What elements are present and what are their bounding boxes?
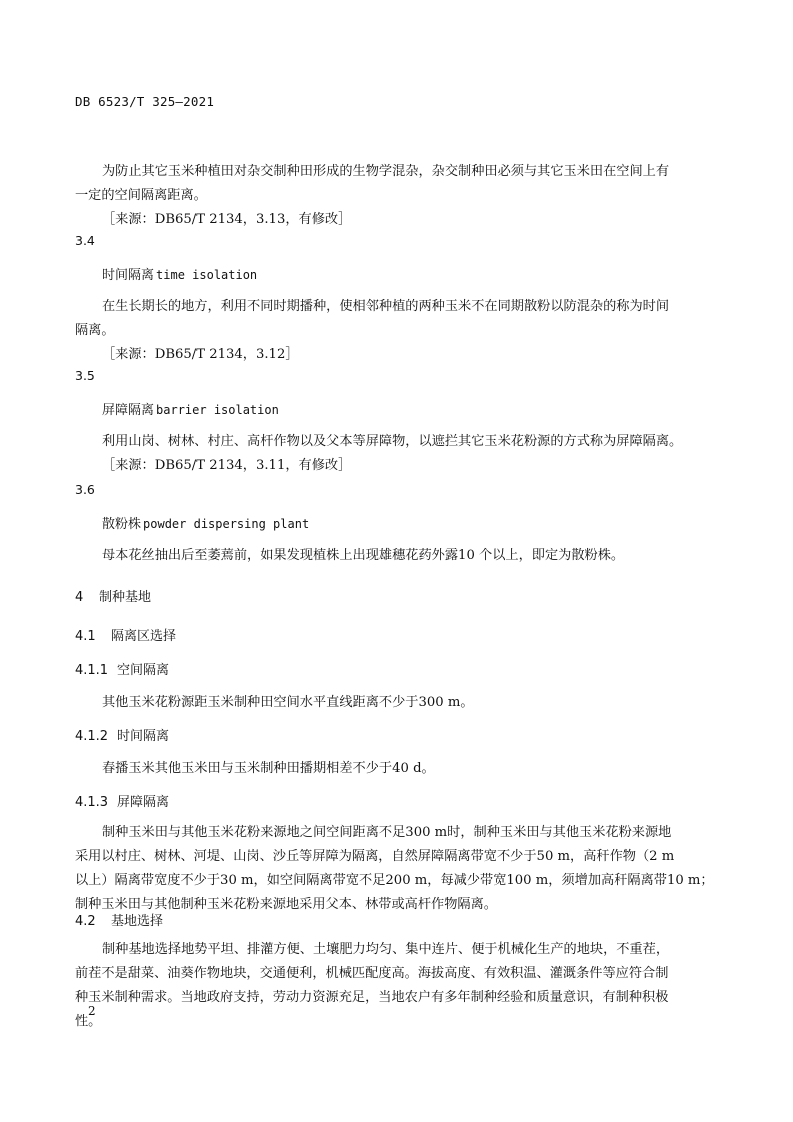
term-barrier-isolation: 屏障隔离barrier isolation [75,398,750,423]
text-line: 在生长期长的地方，利用不同时期播种，使相邻种植的两种玉米不在同期散粉以防混杂的称… [75,295,723,319]
term-powder-dispersing-plant: 散粉株powder dispersing plant [75,512,750,537]
source-note: ［来源：DB65/T 2134，3.11，有修改］ [75,454,723,478]
section-title: 制种基地 [99,590,151,605]
term-zh: 散粉株 [102,517,141,532]
section-heading-4-1-1: 4.1.1空间隔离 [75,659,723,683]
clause-number-3-6: 3.6 [75,478,723,502]
term-en: barrier isolation [156,403,279,417]
section-number: 4.2 [75,910,111,934]
text-line: 利用山岗、树林、村庄、高杆作物以及父本等屏障物，以遮拦其它玉米花粉源的方式称为屏… [75,430,723,454]
text-line: 隔离。 [75,319,723,343]
text-line: 春播玉米其他玉米田与玉米制种田播期相差不少于40 d。 [75,757,723,781]
section-title: 基地选择 [111,914,163,929]
text-line: 一定的空间隔离距离。 [75,184,723,208]
text-line: 为防止其它玉米种植田对杂交制种田形成的生物学混杂，杂交制种田必须与其它玉米田在空… [75,160,723,184]
continuation-paragraph: 为防止其它玉米种植田对杂交制种田形成的生物学混杂，杂交制种田必须与其它玉米田在空… [75,160,723,232]
term-en: time isolation [156,268,257,282]
term-zh: 时间隔离 [102,268,154,283]
clause-number-3-5: 3.5 [75,364,723,388]
definition-3-6: 母本花丝抽出后至萎蔫前，如果发现植株上出现雄穗花药外露10 个以上，即定为散粉株… [75,544,723,568]
text-line: 以上）隔离带宽度不少于30 m，如空间隔离带宽不足200 m，每减少带宽100 … [75,869,723,893]
section-title: 隔离区选择 [111,629,176,644]
clause-number-3-4: 3.4 [75,229,723,253]
section-heading-4-1-2: 4.1.2时间隔离 [75,725,723,749]
text-line: 其他玉米花粉源距玉米制种田空间水平直线距离不少于300 m。 [75,691,723,715]
paragraph-4-1-3: 制种玉米田与其他玉米花粉来源地之间空间距离不足300 m时，制种玉米田与其他玉米… [75,821,723,917]
paragraph-4-1-1: 其他玉米花粉源距玉米制种田空间水平直线距离不少于300 m。 [75,691,723,715]
text-line: 采用以村庄、树林、河堤、山岗、沙丘等屏障为隔离，自然屏障隔离带宽不少于50 m，… [75,845,723,869]
section-title: 空间隔离 [117,663,169,678]
paragraph-4-2: 制种基地选择地势平坦、排灌方便、土壤肥力均匀、集中连片、便于机械化生产的地块，不… [75,938,723,1034]
term-zh: 屏障隔离 [102,403,154,418]
section-title: 屏障隔离 [117,795,169,810]
section-heading-4-1: 4.1隔离区选择 [75,625,723,649]
section-heading-4-1-3: 4.1.3屏障隔离 [75,791,723,815]
page-number: 2 [88,1004,96,1018]
text-line: 制种基地选择地势平坦、排灌方便、土壤肥力均匀、集中连片、便于机械化生产的地块，不… [75,938,723,962]
section-number: 4.1.1 [75,659,117,683]
section-number: 4.1.3 [75,791,117,815]
section-number: 4.1 [75,625,111,649]
text-line: 种玉米制种需求。当地政府支持，劳动力资源充足，当地农户有多年制种经验和质量意识，… [75,986,723,1010]
term-time-isolation: 时间隔离time isolation [75,263,750,288]
section-heading-4-2: 4.2基地选择 [75,910,723,934]
definition-3-4: 在生长期长的地方，利用不同时期播种，使相邻种植的两种玉米不在同期散粉以防混杂的称… [75,295,723,367]
text-line: 前茬不是甜菜、油葵作物地块，交通便利，机械匹配度高。海拔高度、有效积温、灌溉条件… [75,962,723,986]
term-en: powder dispersing plant [143,517,309,531]
paragraph-4-1-2: 春播玉米其他玉米田与玉米制种田播期相差不少于40 d。 [75,757,723,781]
definition-3-5: 利用山岗、树林、村庄、高杆作物以及父本等屏障物，以遮拦其它玉米花粉源的方式称为屏… [75,430,723,478]
section-title: 时间隔离 [117,729,169,744]
section-number: 4.1.2 [75,725,117,749]
text-line: 制种玉米田与其他玉米花粉来源地之间空间距离不足300 m时，制种玉米田与其他玉米… [75,821,723,845]
section-heading-4: 4制种基地 [75,586,723,610]
section-number: 4 [75,586,99,610]
text-line: 母本花丝抽出后至萎蔫前，如果发现植株上出现雄穗花药外露10 个以上，即定为散粉株… [75,544,723,568]
text-line: 性。 [75,1010,723,1034]
document-id-header: DB 6523/T 325—2021 [75,94,214,109]
